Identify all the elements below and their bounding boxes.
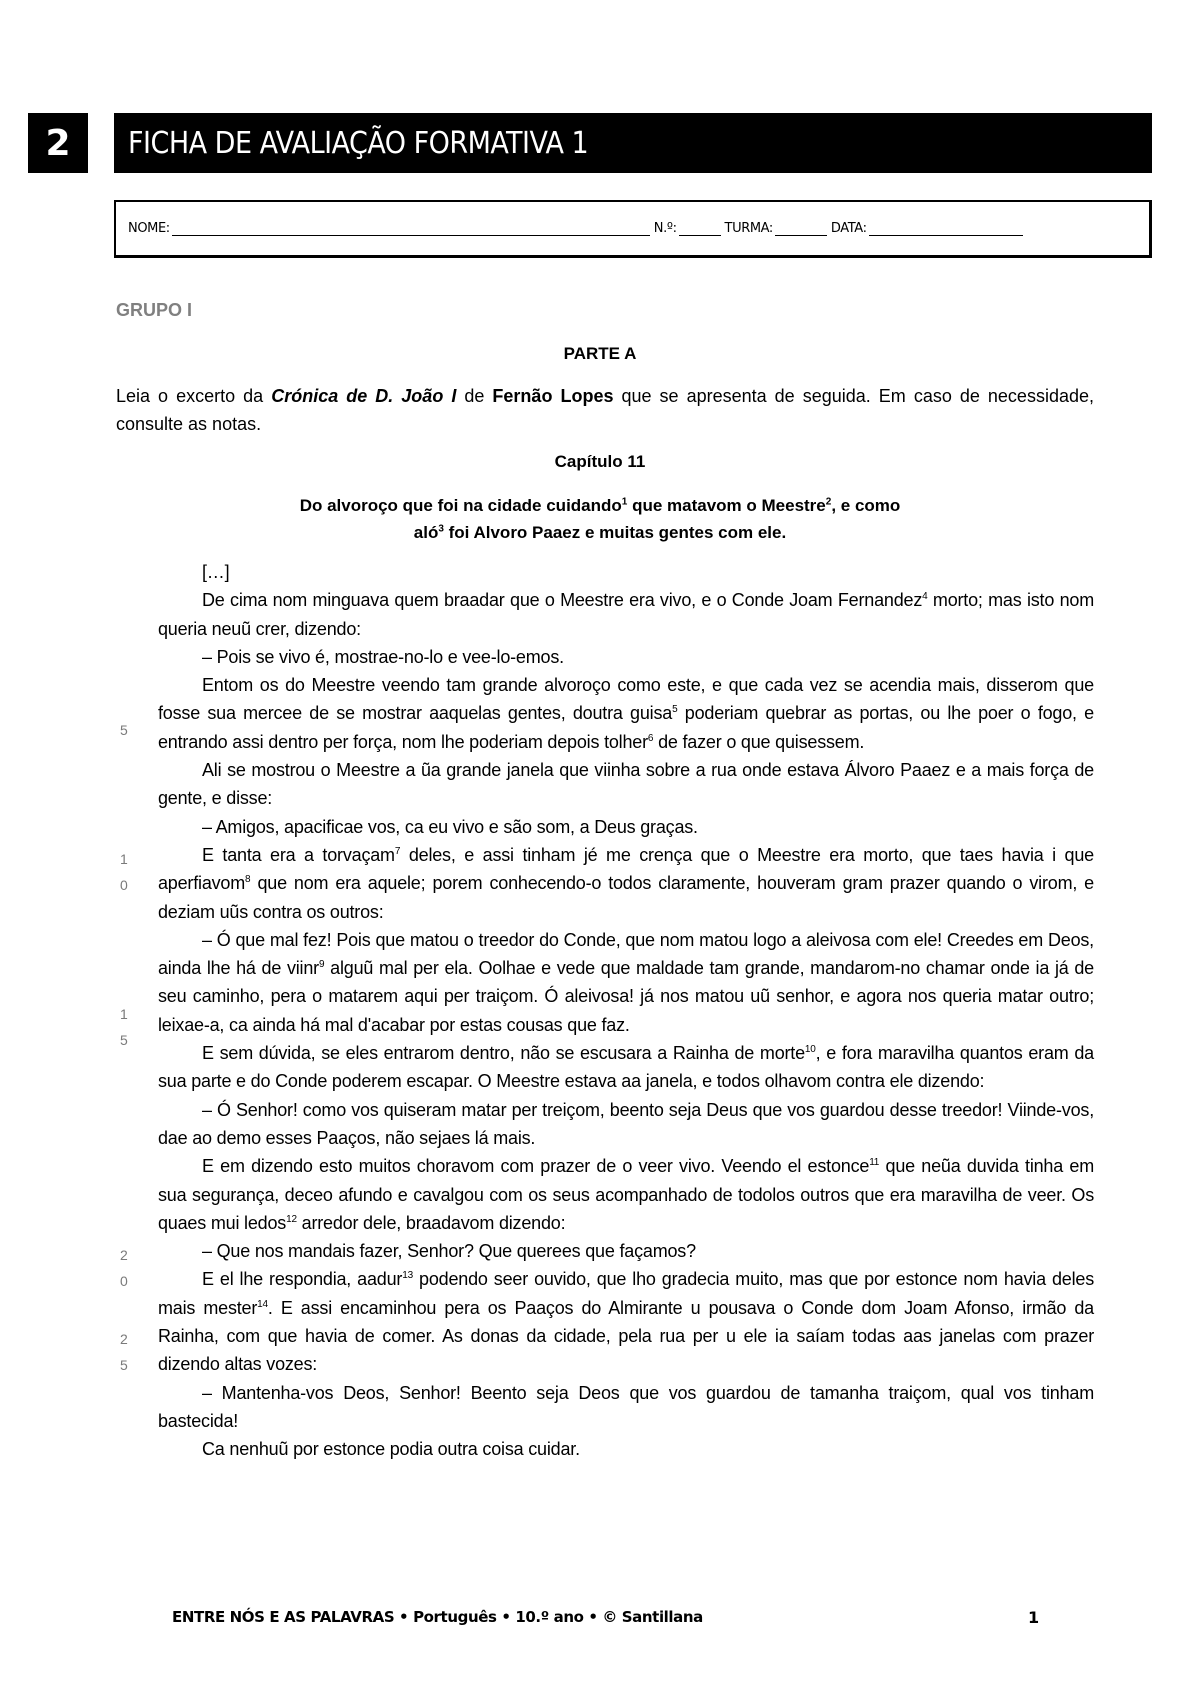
paragraph: Ali se mostrou o Meestre a ũa grande jan… bbox=[158, 756, 1094, 813]
paragraph: Entom os do Meestre veendo tam grande al… bbox=[158, 671, 1094, 756]
group-heading: GRUPO I bbox=[116, 300, 192, 321]
subtitle-text: aló bbox=[414, 523, 439, 542]
date-field[interactable] bbox=[869, 222, 1023, 236]
line-number: 5 bbox=[120, 1351, 140, 1379]
footer-text: ENTRE NÓS E AS PALAVRAS • Português • 10… bbox=[172, 1608, 703, 1626]
paragraph: De cima nom minguava quem braadar que o … bbox=[158, 586, 1094, 643]
dialog-line: – Ó Senhor! como vos quiseram matar per … bbox=[158, 1096, 1094, 1153]
line-number: 1 bbox=[120, 845, 140, 873]
chapter-heading: Capítulo 11 bbox=[0, 452, 1200, 472]
name-label: NOME: bbox=[128, 221, 170, 236]
unit-number-badge: 2 bbox=[28, 113, 88, 173]
note-ref: 10 bbox=[805, 1044, 816, 1055]
line-number: 0 bbox=[120, 871, 140, 899]
subtitle-text: que matavom o Meestre bbox=[627, 496, 825, 515]
dialog-line: – Amigos, apacificae vos, ca eu vivo e s… bbox=[158, 813, 1094, 841]
intro-text: Leia o excerto da bbox=[116, 386, 271, 406]
page-title-bar: FICHA DE AVALIAÇÃO FORMATIVA 1 bbox=[114, 113, 1152, 173]
line-number: 5 bbox=[120, 1026, 140, 1054]
number-label: N.º: bbox=[654, 221, 677, 236]
line-number: 0 bbox=[120, 1267, 140, 1295]
dialog-line: – Mantenha-vos Deos, Senhor! Beento seja… bbox=[158, 1379, 1094, 1436]
name-field[interactable] bbox=[172, 222, 650, 236]
page-title: FICHA DE AVALIAÇÃO FORMATIVA 1 bbox=[128, 126, 588, 161]
note-ref: 13 bbox=[402, 1270, 413, 1281]
paragraph: […] bbox=[158, 558, 1094, 586]
dialog-line: – Pois se vivo é, mostrae-no-lo e vee-lo… bbox=[158, 643, 1094, 671]
subtitle-text: foi Alvoro Paaez e muitas gentes com ele… bbox=[444, 523, 786, 542]
class-field[interactable] bbox=[775, 222, 827, 236]
unit-number: 2 bbox=[45, 123, 70, 164]
dialog-line: – Que nos mandais fazer, Senhor? Que que… bbox=[158, 1237, 1094, 1265]
subtitle-text: Do alvoroço que foi na cidade cuidando bbox=[300, 496, 622, 515]
date-label: DATA: bbox=[831, 221, 867, 236]
note-ref: 12 bbox=[286, 1214, 297, 1225]
class-label: TURMA: bbox=[725, 221, 773, 236]
paragraph: E sem dúvida, se eles entrarom dentro, n… bbox=[158, 1039, 1094, 1096]
student-info-box: NOME: N.º: TURMA: DATA: bbox=[114, 200, 1152, 258]
page-number: 1 bbox=[1028, 1608, 1039, 1627]
author-name: Fernão Lopes bbox=[492, 386, 613, 406]
note-ref: 14 bbox=[257, 1299, 268, 1310]
dialog-line: – Ó que mal fez! Pois que matou o treedo… bbox=[158, 926, 1094, 1039]
line-number: 2 bbox=[120, 1241, 140, 1269]
note-ref: 11 bbox=[869, 1157, 879, 1168]
instructions: Leia o excerto da Crónica de D. João I d… bbox=[116, 382, 1094, 438]
intro-text: de bbox=[456, 386, 492, 406]
line-number: 1 bbox=[120, 1000, 140, 1028]
excerpt-text: 5 1 0 1 5 2 0 2 5 […] De cima nom mingua… bbox=[158, 558, 1094, 1464]
paragraph: Ca nenhuũ por estonce podia outra coisa … bbox=[158, 1435, 1094, 1463]
paragraph: E em dizendo esto muitos choravom com pr… bbox=[158, 1152, 1094, 1237]
paragraph: E el lhe respondia, aadur13 podendo seer… bbox=[158, 1265, 1094, 1378]
chapter-subtitle: Do alvoroço que foi na cidade cuidando1 … bbox=[0, 492, 1200, 546]
work-title: Crónica de D. João I bbox=[271, 386, 456, 406]
number-field[interactable] bbox=[679, 222, 721, 236]
part-heading: PARTE A bbox=[0, 344, 1200, 364]
subtitle-text: , e como bbox=[831, 496, 900, 515]
line-number: 5 bbox=[120, 716, 140, 744]
paragraph: E tanta era a torvaçam7 deles, e assi ti… bbox=[158, 841, 1094, 926]
line-number: 2 bbox=[120, 1325, 140, 1353]
